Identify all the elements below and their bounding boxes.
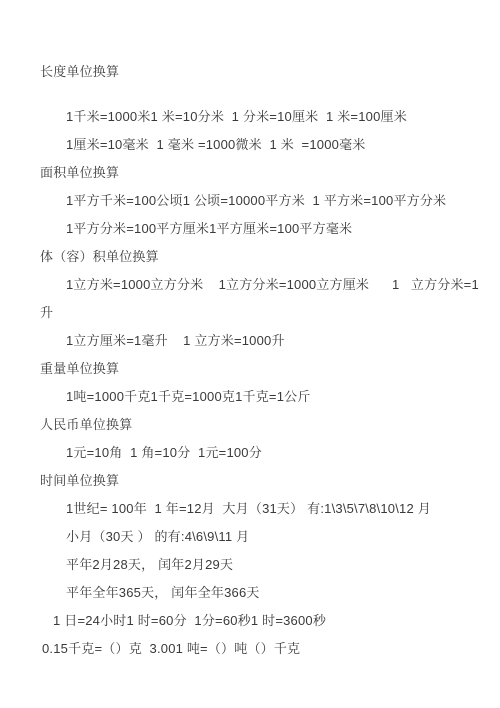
line-time-months-big: 1世纪= 100年 1 年=12月 大月（31天） 有:1\3\5\7\8\10…: [66, 501, 480, 516]
heading-volume-conversion: 体（容）积单位换算: [40, 249, 480, 264]
line-area-2: 1平方分米=100平方厘米1平方厘米=100平方毫米: [66, 221, 480, 236]
line-time-year-days: 平年全年365天， 闰年全年366天: [66, 585, 480, 600]
line-volume-1: 1立方米=1000立方分米 1立方分米=1000立方厘米 1 立方分米=1: [66, 277, 480, 292]
line-volume-2: 1立方厘米=1毫升 1 立方米=1000升: [66, 333, 480, 348]
line-time-february: 平年2月28天， 闰年2月29天: [66, 557, 480, 572]
document-page: 长度单位换算 1千米=1000米1 米=10分米 1 分米=10厘米 1 米=1…: [0, 0, 500, 708]
line-length-2: 1厘米=10毫米 1 毫米 =1000微米 1 米 =1000毫米: [66, 137, 480, 152]
line-length-1: 1千米=1000米1 米=10分米 1 分米=10厘米 1 米=100厘米: [66, 109, 480, 124]
line-currency-1: 1元=10角 1 角=10分 1元=100分: [66, 445, 480, 460]
line-time-months-small: 小月（30天 ） 的有:4\6\9\11 月: [66, 529, 480, 544]
line-time-day-hours: 1 日=24小时1 时=60分 1分=60秒1 时=3600秒: [53, 613, 480, 628]
heading-currency-conversion: 人民币单位换算: [40, 417, 480, 432]
line-exercise-fill-blank: 0.15千克=（）克 3.001 吨=（）吨（）千克: [42, 641, 480, 656]
line-volume-1-wrap: 升: [40, 305, 480, 320]
heading-weight-conversion: 重量单位换算: [40, 361, 480, 376]
line-area-1: 1平方千米=100公顷1 公顷=10000平方米 1 平方米=100平方分米: [66, 193, 480, 208]
heading-length-conversion: 长度单位换算: [40, 64, 480, 79]
heading-area-conversion: 面积单位换算: [40, 165, 480, 180]
line-weight-1: 1吨=1000千克1千克=1000克1千克=1公斤: [66, 389, 480, 404]
heading-time-conversion: 时间单位换算: [40, 473, 480, 488]
